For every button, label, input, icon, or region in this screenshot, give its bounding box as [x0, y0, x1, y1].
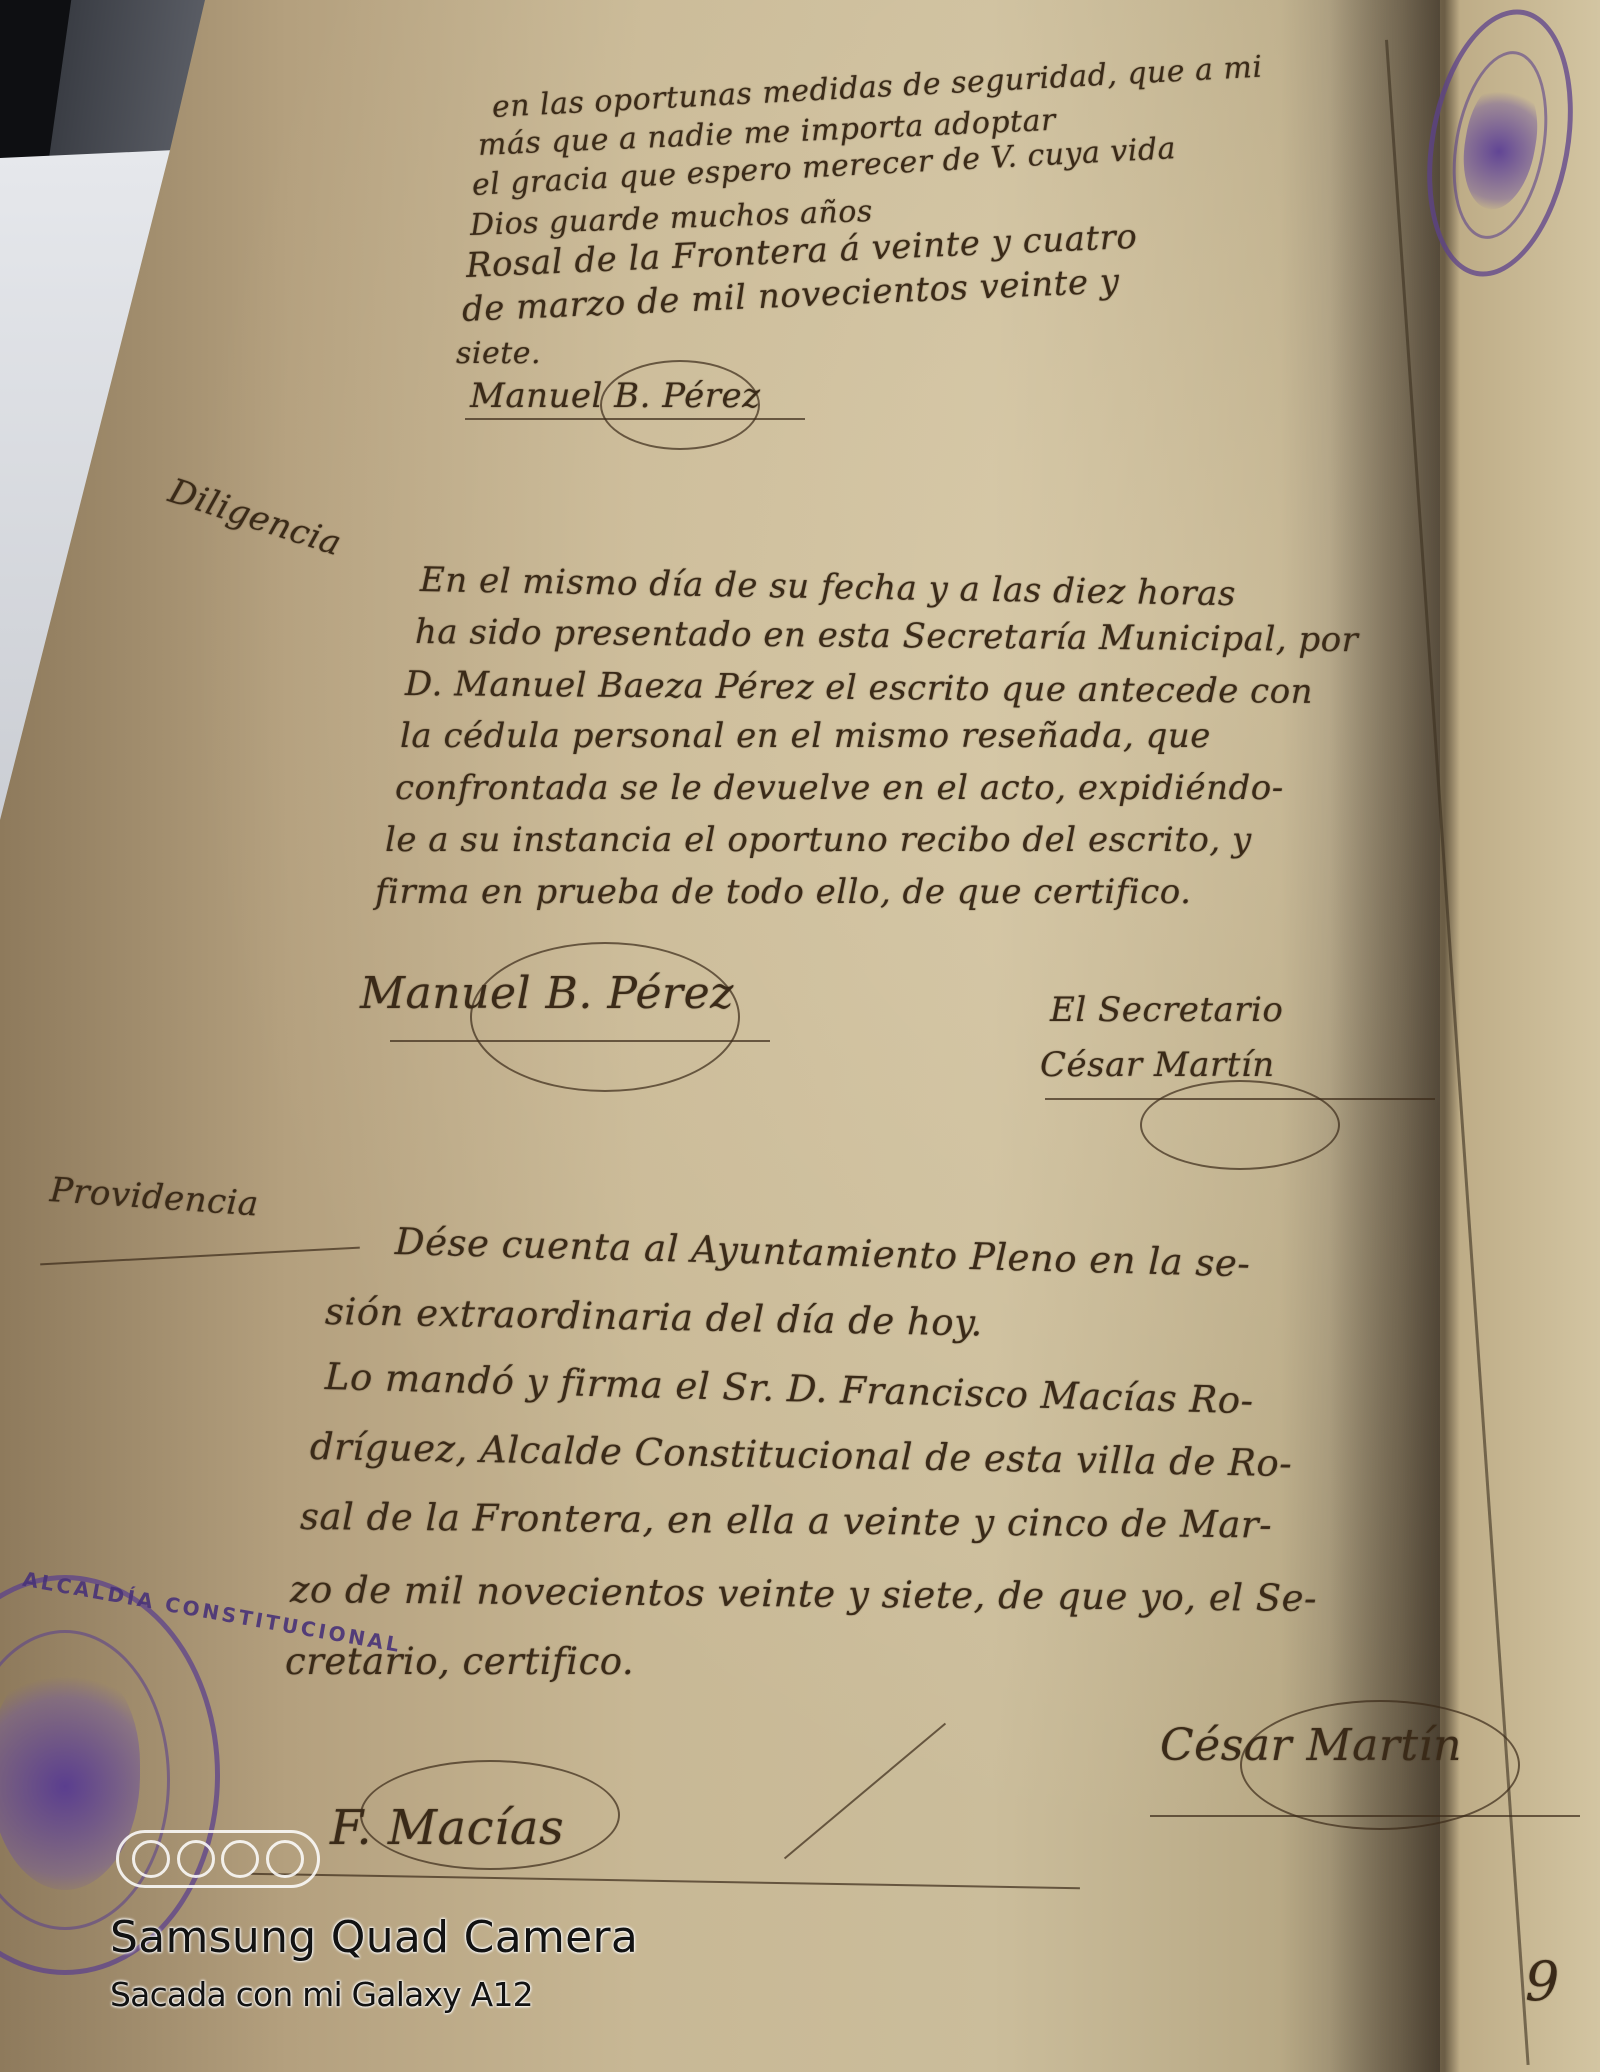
photo-scene: en las oportunas medidas de seguridad, q… [0, 0, 1600, 2072]
handwritten-line: siete. [456, 336, 541, 371]
quad-camera-lens-icon [116, 1830, 320, 1888]
handwritten-line: zo de mil novecientos veinte y siete, de… [290, 1568, 1317, 1620]
handwritten-line: firma en prueba de todo ello, de que cer… [375, 872, 1191, 912]
lens-icon [266, 1840, 304, 1878]
signature-flourish [1140, 1080, 1340, 1170]
signature-underline [390, 1040, 770, 1042]
lens-icon [177, 1840, 215, 1878]
handwritten-line: confrontada se le devuelve en el acto, e… [395, 768, 1284, 808]
lens-icon [221, 1840, 259, 1878]
signature-flourish [360, 1760, 620, 1870]
lens-icon [132, 1840, 170, 1878]
signature-underline [465, 418, 805, 420]
handwritten-line: cretario, certifico. [285, 1640, 634, 1683]
signature-flourish [1240, 1700, 1520, 1830]
signature-underline [1150, 1815, 1580, 1817]
handwritten-line: le a su instancia el oportuno recibo del… [385, 820, 1252, 860]
signature-flourish [600, 360, 760, 450]
handwritten-line: D. Manuel Baeza Pérez el escrito que ant… [405, 664, 1313, 712]
secretary-title: El Secretario [1050, 990, 1283, 1030]
corner-mark: 9 [1525, 1950, 1560, 2013]
secretary-signature: César Martín [1040, 1045, 1275, 1085]
handwritten-line: la cédula personal en el mismo reseñada,… [400, 716, 1211, 756]
handwritten-line: sal de la Frontera, en ella a veinte y c… [300, 1495, 1272, 1546]
signature-flourish [470, 942, 740, 1092]
handwritten-line: ha sido presentado en esta Secretaría Mu… [415, 612, 1359, 660]
watermark-subtitle: Sacada con mi Galaxy A12 [110, 1975, 533, 2014]
watermark-title: Samsung Quad Camera [110, 1912, 638, 1963]
